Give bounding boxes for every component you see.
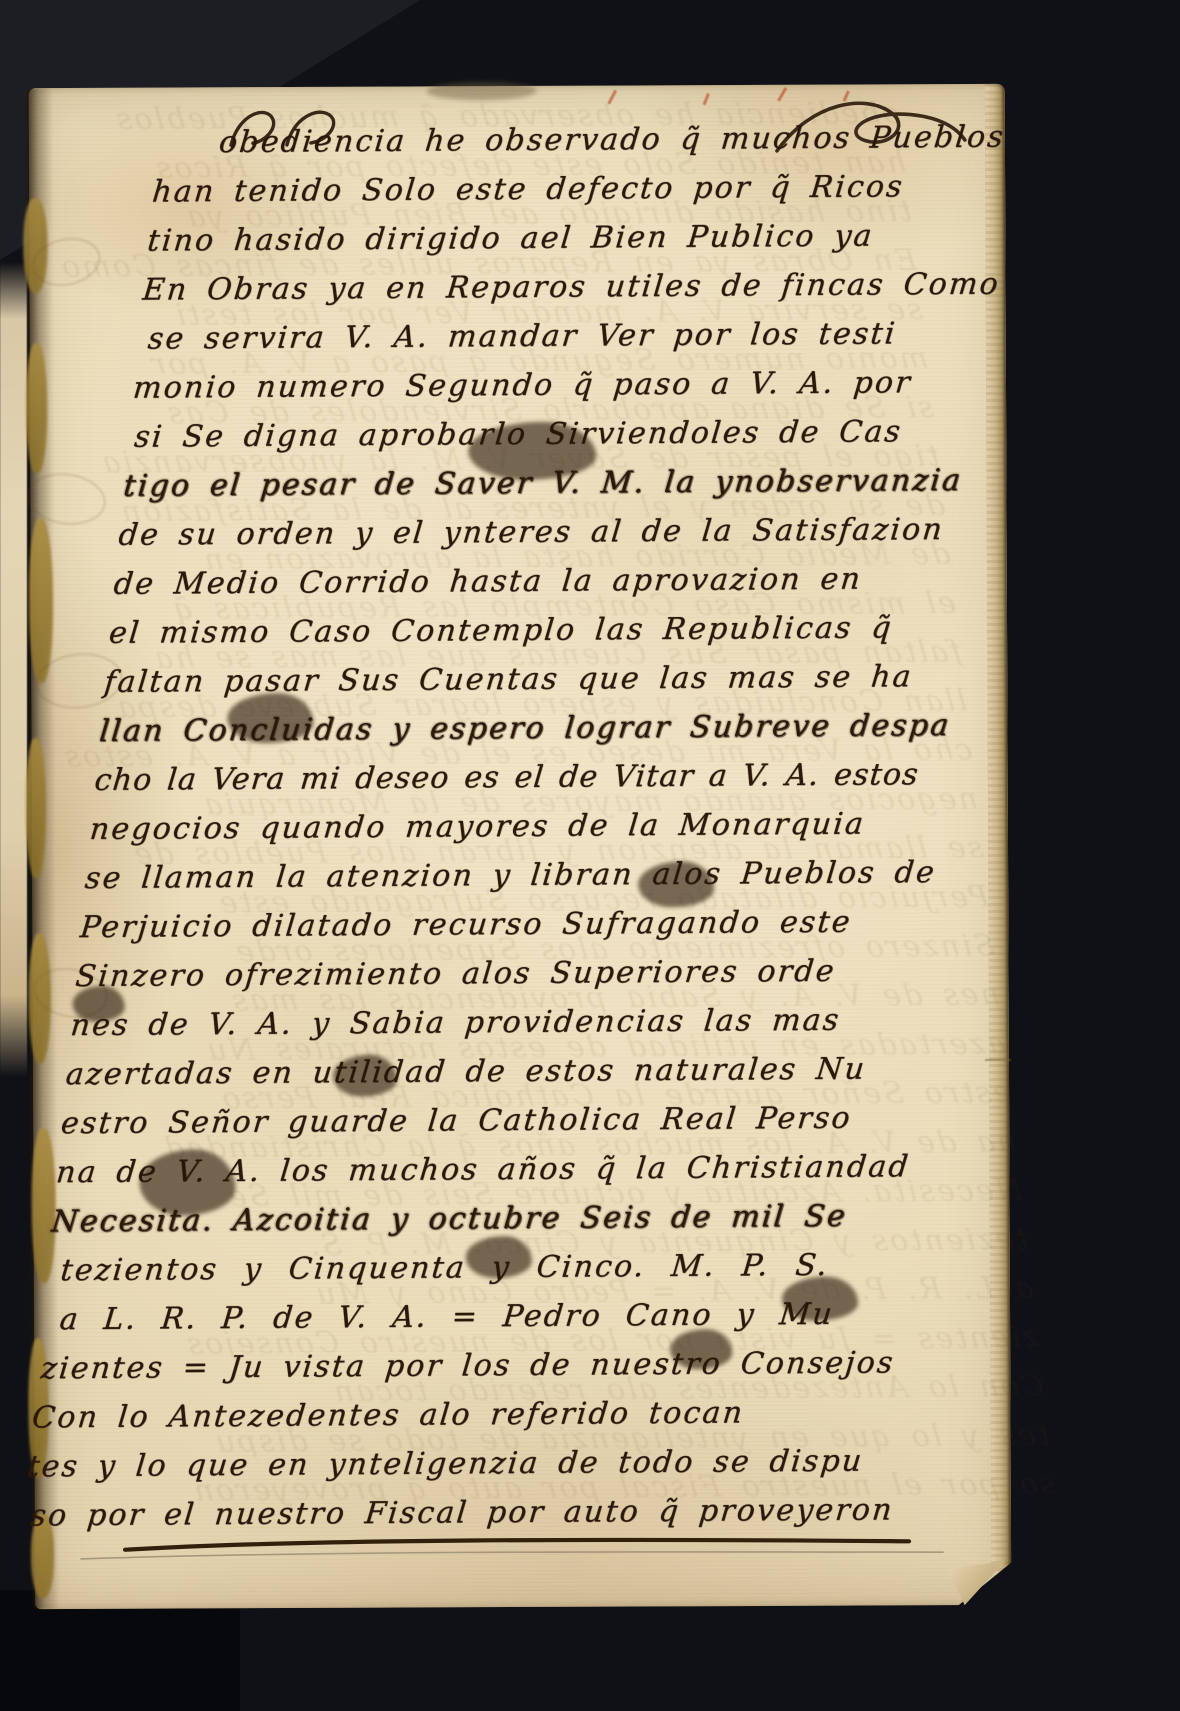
ink-blot [468, 422, 596, 481]
ink-blot [139, 1149, 235, 1215]
ink-blot [782, 1277, 858, 1321]
manuscript-line: se servira V. A. mandar Ver por los test… [136, 308, 1029, 363]
manuscript-line: estro Señor guarde la Catholica Real Per… [59, 1093, 952, 1148]
opening-flourish [225, 101, 345, 154]
end-of-line-swash [771, 90, 971, 165]
ink-blot [670, 1329, 732, 1369]
manuscript-line: cho la Vera mi deseo es el de Vitar a V.… [92, 750, 985, 805]
manuscript-line: azertadas en utilidad de estos naturales… [63, 1044, 956, 1099]
manuscript-line: Con lo Antezedentes alo referido tocan [30, 1387, 923, 1442]
manuscript-line: el mismo Caso Contemplo las Republicas q… [107, 603, 1000, 658]
manuscript-line: En Obras ya en Reparos utiles de fincas … [140, 259, 1033, 314]
manuscript-text: obediencia he observado q̃ muchos Pueblo… [20, 112, 1047, 1540]
ink-blot [227, 693, 313, 743]
manuscript-line: Sinzero ofrezimiento alos Superiores ord… [73, 946, 966, 1001]
manuscript-line: faltan pasar Sus Cuentas que las mas se … [102, 652, 995, 707]
manuscript-line: monio numero Segundo q̃ paso a V. A. por [131, 358, 1024, 413]
manuscript-line: zientes = Ju vista por los de nuestro Co… [35, 1338, 928, 1393]
ink-blot [73, 986, 125, 1022]
manuscript-page: obediencia he observado q̃ muchos Pueblo… [29, 84, 1012, 1609]
manuscript-line: negocios quando mayores de la Monarquia [88, 799, 981, 854]
photograph-of-manuscript: obediencia he observado q̃ muchos Pueblo… [0, 0, 1180, 1711]
manuscript-line: tes y lo que en ynteligenzia de todo se … [25, 1436, 918, 1491]
manuscript-line: Perjuicio dilatado recurso Sufragando es… [78, 897, 971, 952]
manuscript-line: se llaman la atenzion y libran alos Pueb… [83, 848, 976, 903]
facing-page-edge [0, 262, 27, 1077]
manuscript-line: nes de V. A. y Sabia providencias las ma… [68, 995, 961, 1050]
ink-blot [333, 1055, 397, 1097]
manuscript-line: de Medio Corrido hasta la aprovazion en [112, 554, 1005, 609]
ink-blot [638, 861, 714, 907]
ink-blot [466, 1236, 532, 1278]
manuscript-line: tino hasido dirigido ael Bien Publico ya [145, 210, 1038, 265]
gutter-stain [29, 518, 54, 683]
manuscript-line: han tenido Solo este defecto por q̃ Rico… [150, 161, 1043, 216]
gutter-stain [26, 738, 47, 878]
manuscript-line: de su orden y el ynteres al de la Satisf… [116, 505, 1009, 560]
closing-rule [73, 1526, 973, 1564]
